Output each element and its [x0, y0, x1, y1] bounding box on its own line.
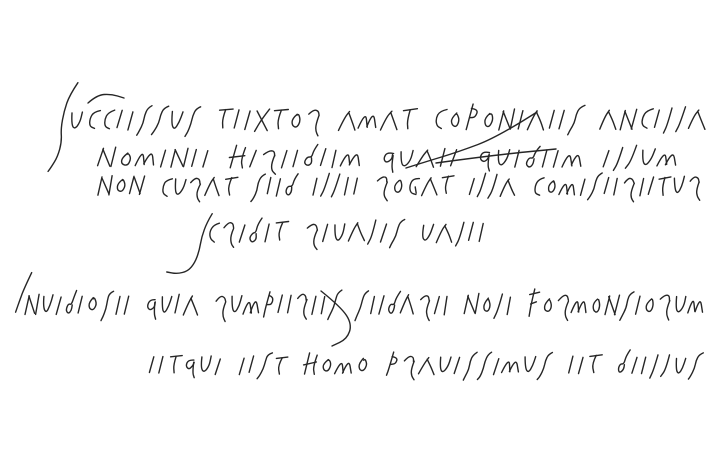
graffito-facsimile-page	[0, 0, 720, 471]
handwriting-drawing	[0, 0, 720, 471]
